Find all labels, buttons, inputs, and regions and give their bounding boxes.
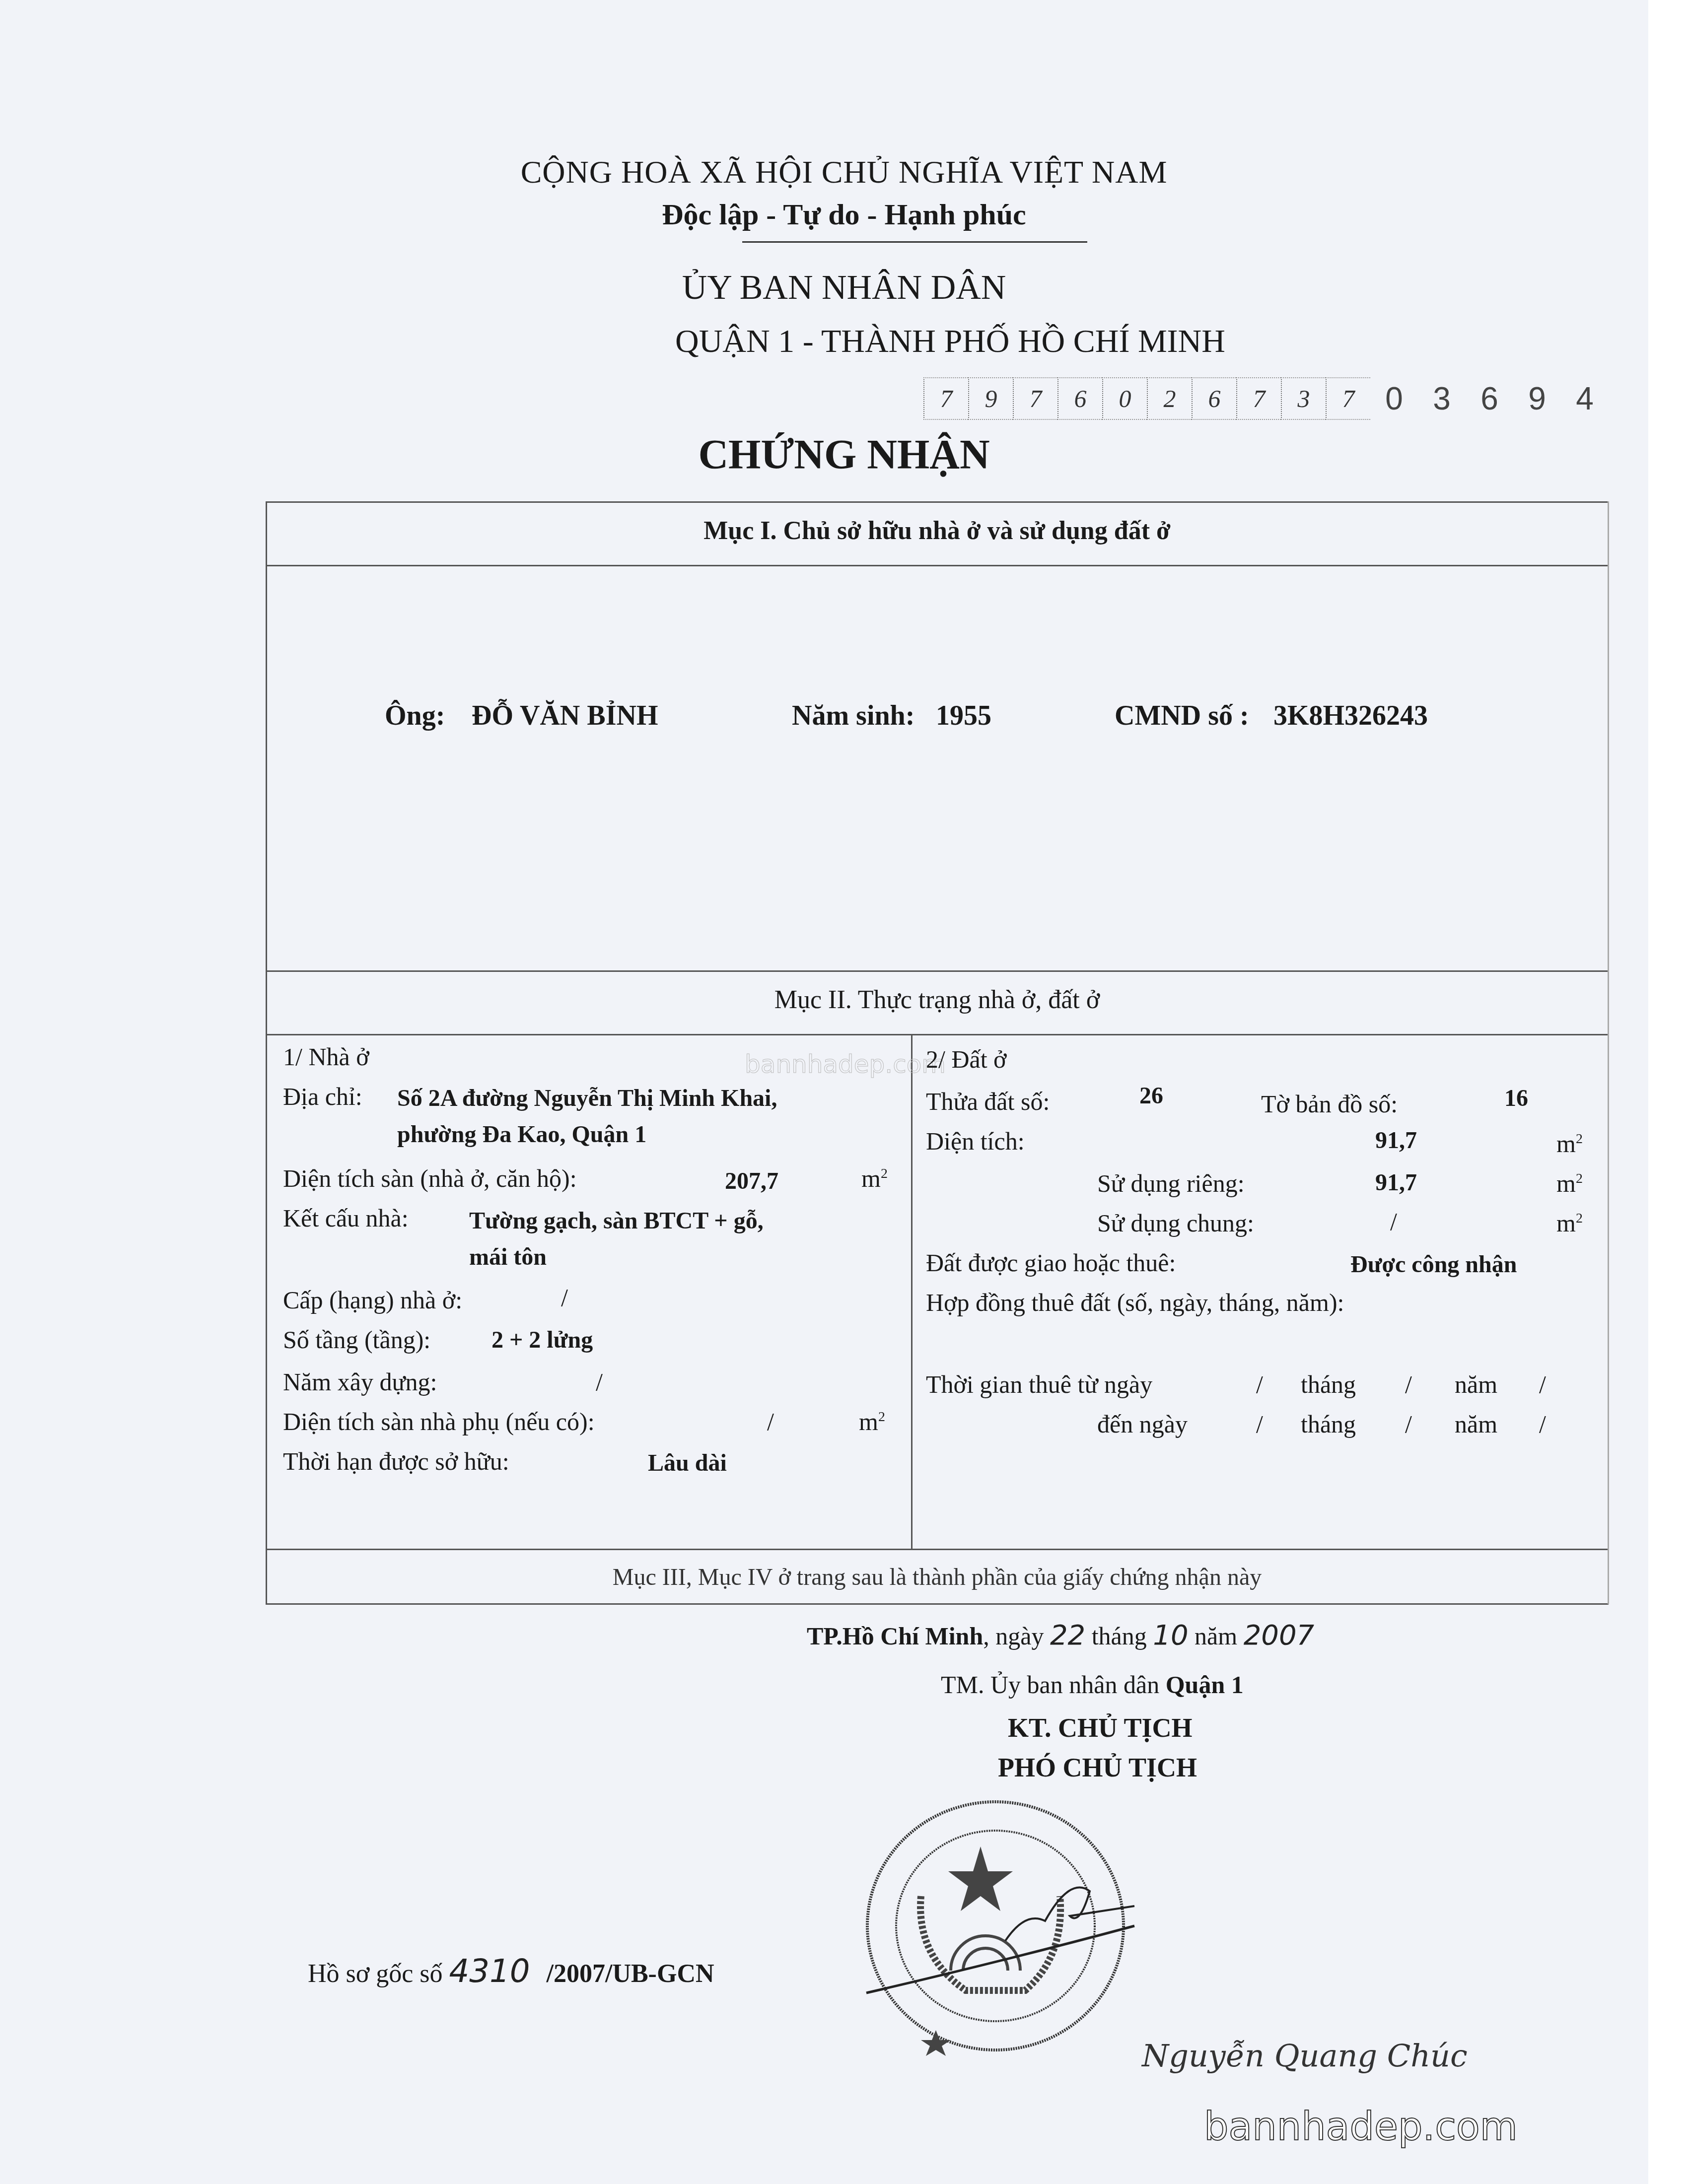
floor-area-value: 207,7 <box>725 1167 778 1195</box>
lease-from-year: / <box>1539 1370 1546 1399</box>
serial-digit-box: 0 <box>1102 377 1147 420</box>
owner-name: ĐỖ VĂN BỈNH <box>472 700 658 732</box>
lease-to-month-label: tháng <box>1301 1410 1356 1438</box>
floor-area-unit: m2 <box>861 1164 888 1193</box>
lease-from-month: / <box>1405 1370 1412 1399</box>
land-area-label: Diện tích: <box>926 1127 1025 1156</box>
section2-bottom-border <box>266 1549 1609 1550</box>
aux-area-label: Diện tích sàn nhà phụ (nếu có): <box>283 1407 595 1436</box>
address-line2: phường Đa Kao, Quận 1 <box>397 1121 646 1148</box>
shared-use-unit: m2 <box>1556 1209 1583 1237</box>
year-built-label: Năm xây dựng: <box>283 1367 437 1396</box>
lease-to-day: / <box>1256 1410 1263 1438</box>
ownership-term-label: Thời hạn được sở hữu: <box>283 1447 509 1476</box>
id-number: 3K8H326243 <box>1273 700 1428 732</box>
lease-from-year-label: năm <box>1455 1370 1497 1399</box>
allocation-value: Được công nhận <box>1350 1251 1517 1278</box>
serial-digit-box: 9 <box>968 377 1013 420</box>
lease-to-label: đến ngày <box>1097 1410 1188 1438</box>
serial-digit: 6 <box>1466 380 1513 417</box>
table-border-bottom <box>266 1603 1609 1605</box>
signer-title: PHÓ CHỦ TỊCH <box>998 1752 1197 1783</box>
serial-digit-box: 7 <box>923 377 968 420</box>
signer-kt: KT. CHỦ TỊCH <box>1008 1712 1193 1743</box>
aux-area-unit: m2 <box>859 1407 885 1436</box>
section1-header-divider <box>266 565 1609 566</box>
country-name: CỘNG HOÀ XÃ HỘI CHỦ NGHĨA VIỆT NAM <box>0 154 1688 191</box>
serial-digit-box: 3 <box>1281 377 1326 420</box>
certificate-serial: 797602673703694 <box>923 377 1609 420</box>
lease-contract-label: Hợp đồng thuê đất (số, ngày, tháng, năm)… <box>926 1288 1344 1317</box>
land-area-unit: m2 <box>1556 1129 1583 1158</box>
aux-area-value: / <box>767 1407 774 1436</box>
map-sheet-label: Tờ bản đồ số: <box>1261 1090 1398 1118</box>
section2-title: Mục II. Thực trạng nhà ở, đất ở <box>266 985 1609 1015</box>
scan-paper-edge <box>1648 0 1688 2184</box>
national-motto: Độc lập - Tự do - Hạnh phúc <box>0 198 1688 232</box>
private-use-unit: m2 <box>1556 1169 1583 1198</box>
committee-title: ỦY BAN NHÂN DÂN <box>0 268 1688 308</box>
serial-digit: 3 <box>1418 380 1466 417</box>
parcel-value: 26 <box>1139 1082 1163 1109</box>
shared-use-label: Sử dụng chung: <box>1097 1209 1254 1237</box>
structure-label: Kết cấu nhà: <box>283 1204 409 1232</box>
map-sheet-value: 16 <box>1504 1085 1528 1112</box>
table-border-top <box>266 501 1609 503</box>
motto-underline <box>742 241 1087 243</box>
birth-year-label: Năm sinh: <box>792 700 914 732</box>
district-title: QUẬN 1 - THÀNH PHỐ HỒ CHÍ MINH <box>675 323 1225 360</box>
section2-top-border <box>266 970 1609 972</box>
land-area-value: 91,7 <box>1375 1127 1417 1154</box>
serial-digit-box: 2 <box>1147 377 1192 420</box>
year-built-value: / <box>596 1367 603 1396</box>
file-reference: Hồ sơ gốc số 4310 /2007/UB-GCN <box>308 1953 714 1990</box>
table-border-left <box>266 501 267 1604</box>
floor-area-label: Diện tích sàn (nhà ở, căn hộ): <box>283 1164 577 1193</box>
section1-title: Mục I. Chủ sở hữu nhà ở và sử dụng đất ở <box>266 516 1609 546</box>
serial-digit-box: 7 <box>1326 377 1370 420</box>
serial-digit-box: 7 <box>1013 377 1057 420</box>
sections-note: Mục III, Mục IV ở trang sau là thành phầ… <box>266 1564 1609 1591</box>
address-label: Địa chỉ: <box>283 1082 362 1111</box>
section2-header-divider <box>266 1034 1609 1035</box>
lease-to-year: / <box>1539 1410 1546 1438</box>
lease-from-month-label: tháng <box>1301 1370 1356 1399</box>
ownership-term-value: Lâu dài <box>648 1449 727 1477</box>
file-number: 4310 <box>449 1953 530 1990</box>
floors-label: Số tầng (tầng): <box>283 1325 430 1354</box>
owner-prefix: Ông: <box>385 700 445 732</box>
signing-day: 22 <box>1050 1619 1085 1651</box>
table-border-right <box>1608 501 1609 1604</box>
on-behalf-line: TM. Ủy ban nhân dân Quận 1 <box>941 1670 1244 1699</box>
watermark-middle: bannhadep.com <box>745 1050 946 1079</box>
signer-name: Nguyễn Quang Chúc <box>1142 2038 1468 2074</box>
serial-digit: 9 <box>1513 380 1561 417</box>
section2-column-divider <box>911 1034 913 1549</box>
signing-date: TP.Hồ Chí Minh, ngày 22 tháng 10 năm 200… <box>807 1619 1314 1651</box>
id-label: CMND số : <box>1115 700 1249 732</box>
shared-use-value: / <box>1390 1207 1397 1236</box>
house-heading: 1/ Nhà ở <box>283 1042 369 1071</box>
birth-year: 1955 <box>936 700 991 732</box>
official-seal-icon <box>856 1792 1144 2070</box>
structure-line1: Tường gạch, sàn BTCT + gỗ, <box>469 1207 764 1234</box>
parcel-label: Thửa đất số: <box>926 1087 1050 1116</box>
allocation-label: Đất được giao hoặc thuê: <box>926 1248 1176 1277</box>
private-use-label: Sử dụng riêng: <box>1097 1169 1245 1198</box>
watermark-bottom: bannhadep.com <box>1204 2105 1518 2149</box>
certificate-title: CHỨNG NHẬN <box>0 431 1688 479</box>
grade-label: Cấp (hạng) nhà ở: <box>283 1286 462 1314</box>
signing-year: 2007 <box>1244 1619 1315 1651</box>
grade-value: / <box>561 1283 568 1312</box>
serial-digit-box: 6 <box>1192 377 1236 420</box>
serial-digit-box: 6 <box>1057 377 1102 420</box>
lease-to-year-label: năm <box>1455 1410 1497 1438</box>
lease-from-day: / <box>1256 1370 1263 1399</box>
address-line1: Số 2A đường Nguyễn Thị Minh Khai, <box>397 1085 777 1112</box>
serial-digit: 4 <box>1561 380 1609 417</box>
signing-month: 10 <box>1153 1619 1188 1651</box>
land-heading: 2/ Đất ở <box>926 1045 1007 1074</box>
serial-digit: 0 <box>1370 380 1418 417</box>
lease-to-month: / <box>1405 1410 1412 1438</box>
lease-from-label: Thời gian thuê từ ngày <box>926 1370 1152 1399</box>
structure-line2: mái tôn <box>469 1243 547 1271</box>
serial-digit-box: 7 <box>1236 377 1281 420</box>
private-use-value: 91,7 <box>1375 1169 1417 1196</box>
floors-value: 2 + 2 lửng <box>492 1326 593 1354</box>
